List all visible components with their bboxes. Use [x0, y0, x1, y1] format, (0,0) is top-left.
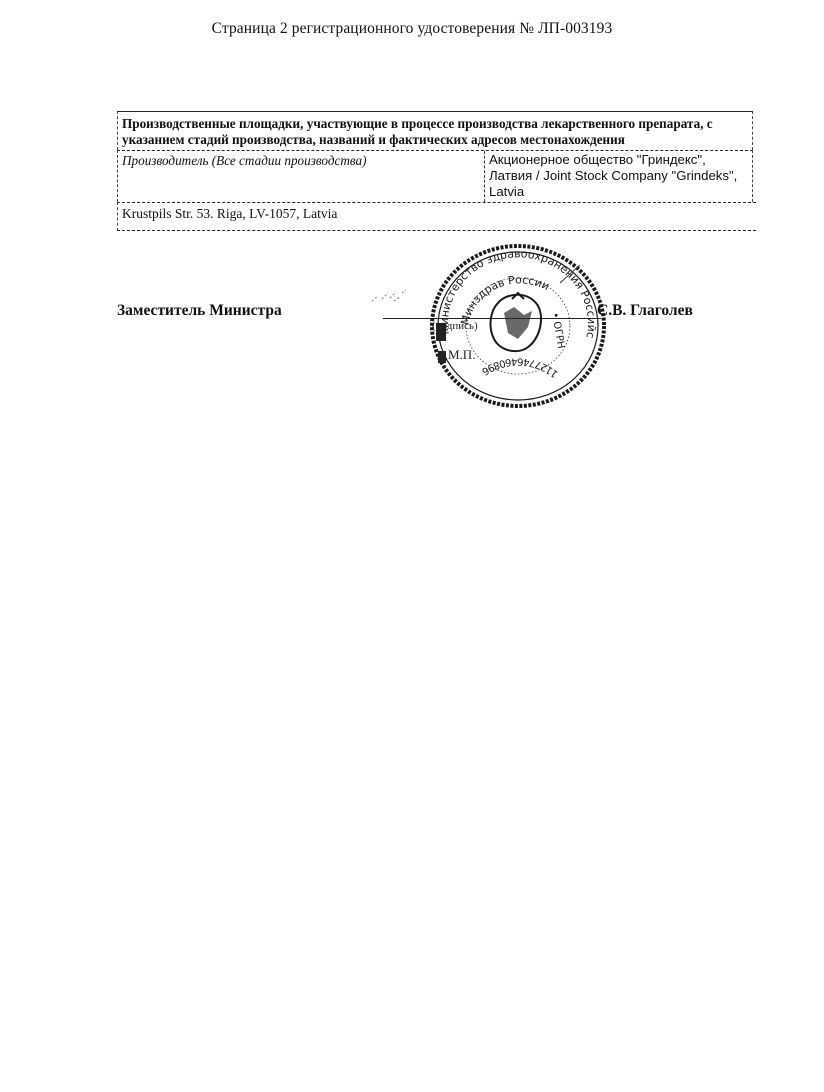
table-row-producer: Производитель (Все стадии производства) … — [117, 150, 753, 202]
table-heading: Производственные площадки, участвующие в… — [117, 111, 753, 150]
signatory-position: Заместитель Министра — [117, 302, 282, 320]
seal-caption: М.П. — [448, 347, 475, 363]
producer-name-line: Латвия / Joint Stock Company "Grindeks", — [489, 168, 748, 184]
page-header: Страница 2 регистрационного удостоверени… — [0, 20, 824, 38]
svg-text:1127746460896: 1127746460896 — [479, 355, 560, 379]
producer-role: Производитель (Все стадии производства) — [118, 151, 484, 202]
signatory-name: С.В. Глаголев — [597, 302, 693, 320]
producer-name: Акционерное общество "Гриндекс", Латвия … — [484, 151, 752, 202]
producer-address: Krustpils Str. 53. Riga, LV-1057, Latvia — [117, 202, 756, 231]
production-sites-table: Производственные площадки, участвующие в… — [117, 111, 753, 231]
producer-name-line: Latvia — [489, 184, 748, 200]
signature-caption: (подпись) — [432, 320, 478, 332]
svg-text:• ОГРН: • ОГРН — [549, 312, 566, 350]
svg-text:Минздрав России: Минздрав России — [458, 273, 551, 326]
producer-name-line: Акционерное общество "Гриндекс", — [489, 152, 748, 168]
handwritten-signature-icon — [370, 287, 410, 305]
